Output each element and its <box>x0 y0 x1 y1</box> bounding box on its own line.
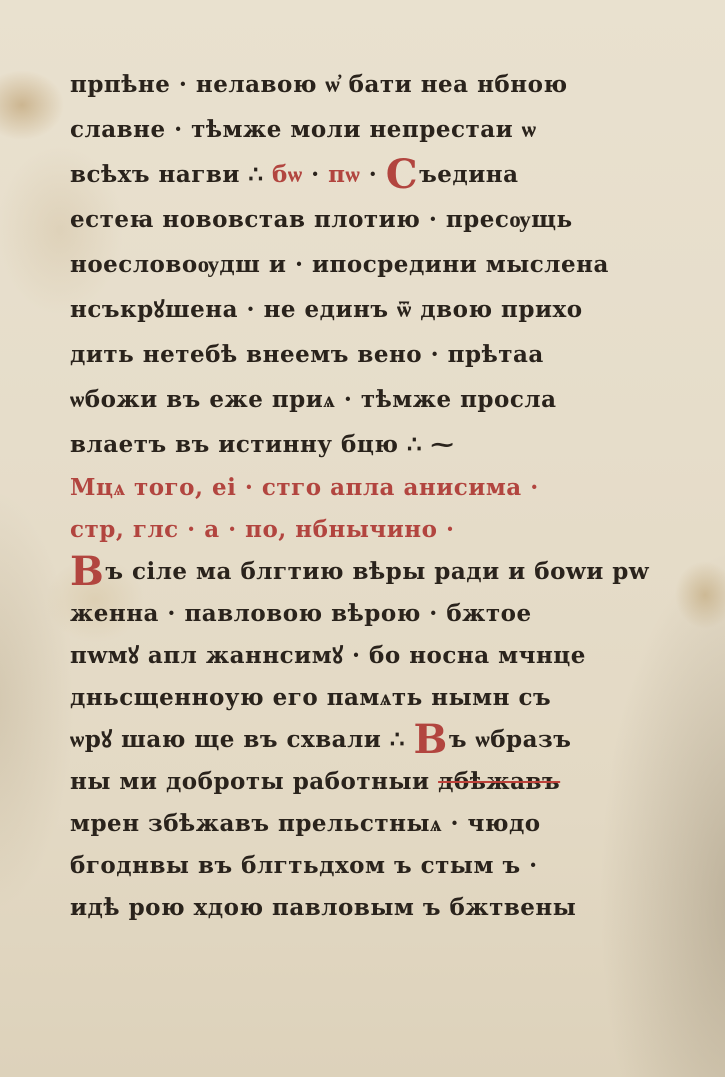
rubric-initial: С <box>386 156 418 194</box>
manuscript-line: ны ми доброты работныи дбѣжавъ <box>70 761 615 803</box>
manuscript-line: славне · тѣмже моли непрестаи ѡ <box>70 107 615 152</box>
manuscript-line: идѣ рою хдою павловым ъ бжтвены <box>70 887 615 929</box>
rubric-initial: В <box>414 721 448 759</box>
line-text: · <box>303 161 329 188</box>
line-text: всѣхъ нагви ∴ <box>70 161 272 188</box>
line-text: ъ ѡбразъ <box>449 726 572 753</box>
manuscript-page: прпѣне · нелавою ѡ҆ бати неа нбноюславне… <box>0 0 725 1077</box>
rubric-text: пѡ <box>328 161 360 188</box>
manuscript-line: естеꙗ нововстав плотию · пресѹщь <box>70 197 615 242</box>
line-text: славне · тѣмже моли непрестаи ѡ <box>70 116 536 143</box>
line-text: бгоднвы въ блгтьдхом ъ стым ъ · <box>70 852 538 879</box>
struck-text: дбѣжавъ <box>438 768 560 795</box>
line-text: ѡбожи въ еже приѧ · тѣмже просла <box>70 386 556 413</box>
manuscript-line: пwмꙋ апл жаннсимꙋ · бо носна мчнце <box>70 635 615 677</box>
line-text: ъедина <box>419 161 518 188</box>
manuscript-line: влаетъ въ истинну бцю ∴ ⁓ <box>70 422 615 467</box>
manuscript-line: дить нетебѣ внеемъ вено · прѣтаа <box>70 332 615 377</box>
manuscript-line: стр, глс · а · по, нбнычино · <box>70 509 615 551</box>
line-text: прпѣне · нелавою ѡ҆ бати неа нбною <box>70 71 568 98</box>
line-text: · <box>360 161 386 188</box>
line-text: ноесловоѹдш и · ипосредини мыслена <box>70 251 609 278</box>
manuscript-line: бгоднвы въ блгтьдхом ъ стым ъ · <box>70 845 615 887</box>
line-text: пwмꙋ апл жаннсимꙋ · бо носна мчнце <box>70 642 586 669</box>
manuscript-line: ѡбожи въ еже приѧ · тѣмже просла <box>70 377 615 422</box>
line-text: ѡрꙋ шаю ще въ схвали ∴ <box>70 726 414 753</box>
line-text: дить нетебѣ внеемъ вено · прѣтаа <box>70 341 544 368</box>
text-block: прпѣне · нелавою ѡ҆ бати неа нбноюславне… <box>70 62 615 929</box>
rubric-text: стр, глс · а · по, нбнычино · <box>70 516 454 543</box>
manuscript-line: ѡрꙋ шаю ще въ схвали ∴ Въ ѡбразъ <box>70 719 615 761</box>
line-text: женна · павловою вѣрою · бжтое <box>70 600 532 627</box>
manuscript-line: прпѣне · нелавою ѡ҆ бати неа нбною <box>70 62 615 107</box>
line-text: влаетъ въ истинну бцю ∴ ⁓ <box>70 431 454 458</box>
line-text: ъ сіле ма блгтию вѣры ради и боwи рw <box>105 558 649 585</box>
manuscript-line: дньсщенноую его памѧть нымн съ <box>70 677 615 719</box>
line-text: идѣ рою хдою павловым ъ бжтвены <box>70 894 576 921</box>
line-text: естеꙗ нововстав плотию · пресѹщь <box>70 206 573 233</box>
manuscript-line: Мцѧ того, еі · стго апла анисима · <box>70 467 615 509</box>
manuscript-line: нсъкрꙋшена · не единъ ѿ двою прихо <box>70 287 615 332</box>
rubric-text: бѡ <box>272 161 303 188</box>
manuscript-line: всѣхъ нагви ∴ бѡ · пѡ · Съедина <box>70 152 615 197</box>
line-text: мрен збѣжавъ прельстныѧ · чюдо <box>70 810 541 837</box>
manuscript-line: ноесловоѹдш и · ипосредини мыслена <box>70 242 615 287</box>
manuscript-line: мрен збѣжавъ прельстныѧ · чюдо <box>70 803 615 845</box>
line-text: дньсщенноую его памѧть нымн съ <box>70 684 551 711</box>
manuscript-line: женна · павловою вѣрою · бжтое <box>70 593 615 635</box>
line-text: ны ми доброты работныи <box>70 768 438 795</box>
line-text: нсъкрꙋшена · не единъ ѿ двою прихо <box>70 296 583 323</box>
rubric-initial: В <box>70 553 104 591</box>
manuscript-line: Въ сіле ма блгтию вѣры ради и боwи рw <box>70 551 615 593</box>
rubric-text: Мцѧ того, еі · стго апла анисима · <box>70 474 539 501</box>
